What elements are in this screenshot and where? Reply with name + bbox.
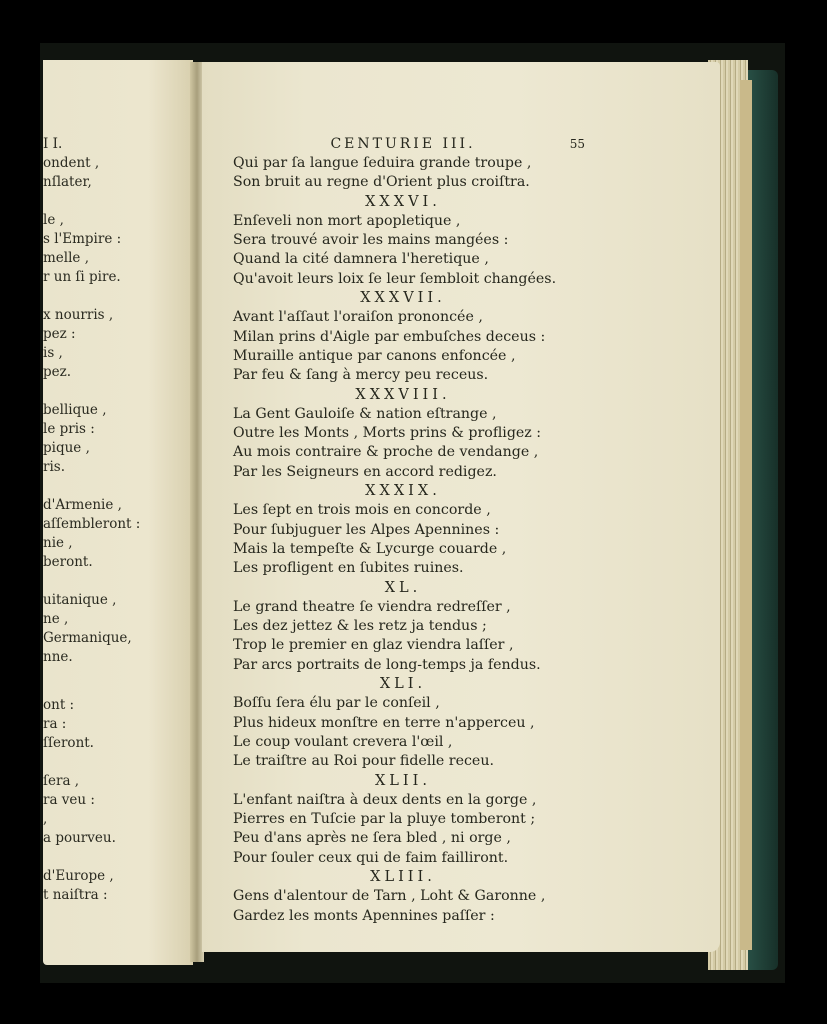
left-page-fragment: ne , [43, 610, 68, 629]
verse-line: Le grand theatre ſe viendra redreſſer , [233, 598, 573, 617]
right-page-content: CENTURIE III. 55 Qui par ſa langue ſedui… [233, 135, 573, 926]
running-head-title: CENTURIE III. [330, 136, 475, 152]
verse-line: Par arcs portraits de long-temps ja fend… [233, 656, 573, 675]
verse-line: Son bruit au regne d'Orient plus croiſtr… [233, 173, 573, 192]
left-page-fragment: t naiſtra : [43, 886, 108, 905]
quatrain-number: XXXVI. [233, 193, 573, 212]
verse-line: Le traiſtre au Roi pour fidelle receu. [233, 752, 573, 771]
left-page-fragment: ra : [43, 715, 66, 734]
endpaper-strip [740, 80, 752, 950]
verse-line: Qu'avoit leurs loix ſe leur ſembloit cha… [233, 270, 573, 289]
verse-line: Le coup voulant crevera l'œil , [233, 733, 573, 752]
verse-line: Pour ſubjuguer les Alpes Apennines : [233, 521, 573, 540]
quatrain: XLI.Boſſu ſera élu par le conſeil ,Plus … [233, 675, 573, 771]
left-page-fragment: , [43, 810, 47, 829]
quatrain-number: XLI. [233, 675, 573, 694]
verse-line: Quand la cité damnera l'heretique , [233, 250, 573, 269]
verse-line: Trop le premier en glaz viendra laſſer , [233, 636, 573, 655]
verse-line: Par les Seigneurs en accord redigez. [233, 463, 573, 482]
left-page-fragment: ondent , [43, 154, 99, 173]
quatrain-number: XXXIX. [233, 482, 573, 501]
quatrain-number: XLIII. [233, 868, 573, 887]
left-page-fragment: pez : [43, 325, 76, 344]
verse-line: Avant l'aſſaut l'oraiſon prononcée , [233, 308, 573, 327]
left-page-fragment: ſera , [43, 772, 79, 791]
left-page-fragment: beront. [43, 553, 93, 572]
verse-line: Les dez jettez & les retz ja tendus ; [233, 617, 573, 636]
left-page: I I.ondent ,nſlater,le ,s l'Empire :mell… [43, 60, 193, 965]
left-page-fragment: ont : [43, 696, 74, 715]
quatrain: XXXVII.Avant l'aſſaut l'oraiſon prononcé… [233, 289, 573, 385]
verse-line: Les ſept en trois mois en concorde , [233, 501, 573, 520]
left-page-fragment: x nourris , [43, 306, 113, 325]
left-page-fragment: I I. [43, 135, 62, 154]
quatrain-number: XXXVIII. [233, 386, 573, 405]
left-page-fragment: a pourveu. [43, 829, 116, 848]
verse-line: Plus hideux monſtre en terre n'apperceu … [233, 714, 573, 733]
verse-line: Outre les Monts , Morts prins & proflige… [233, 424, 573, 443]
verse-line: Peu d'ans après ne ſera bled , ni orge , [233, 829, 573, 848]
quatrain: XXXVIII.La Gent Gauloiſe & nation eſtran… [233, 386, 573, 482]
verse-line: Boſſu ſera élu par le conſeil , [233, 694, 573, 713]
left-page-fragment: le , [43, 211, 64, 230]
quatrain: XLII.L'enfant naiſtra à deux dents en la… [233, 772, 573, 868]
left-page-fragment: le pris : [43, 420, 95, 439]
verse-line: Par feu & ſang à mercy peu receus. [233, 366, 573, 385]
running-head: CENTURIE III. 55 [233, 135, 573, 154]
verse-line: Sera trouvé avoir les mains mangées : [233, 231, 573, 250]
left-page-fragment: is , [43, 344, 63, 363]
verse-line: Pierres en Tuſcie par la pluye tomberont… [233, 810, 573, 829]
left-page-fragment: d'Armenie , [43, 496, 122, 515]
page-number: 55 [570, 135, 585, 154]
verse-line: L'enfant naiſtra à deux dents en la gorg… [233, 791, 573, 810]
quatrain: XL.Le grand theatre ſe viendra redreſſer… [233, 579, 573, 675]
verse-line: Enſeveli non mort apopletique , [233, 212, 573, 231]
verse-line: Au mois contraire & proche de vendange , [233, 443, 573, 462]
quatrain-number: XLII. [233, 772, 573, 791]
left-page-fragment: ſſeront. [43, 734, 94, 753]
verse-line: Muraille antique par canons enfoncée , [233, 347, 573, 366]
left-page-fragment: pique , [43, 439, 90, 458]
verse-line: Mais la tempeſte & Lycurge couarde , [233, 540, 573, 559]
left-page-fragment: aſſembleront : [43, 515, 140, 534]
verse-line: Gens d'alentour de Tarn , Loht & Garonne… [233, 887, 573, 906]
left-page-fragment: ra veu : [43, 791, 95, 810]
quatrain: XXXVI.Enſeveli non mort apopletique ,Ser… [233, 193, 573, 289]
verse-line: Pour ſouler ceux qui de faim failliront. [233, 849, 573, 868]
left-page-fragment: s l'Empire : [43, 230, 121, 249]
left-page-fragment: Germanique, [43, 629, 132, 648]
left-page-fragment: r un ſi pire. [43, 268, 121, 287]
quatrain-number: XXXVII. [233, 289, 573, 308]
quatrain-number: XL. [233, 579, 573, 598]
verse-line: La Gent Gauloiſe & nation eſtrange , [233, 405, 573, 424]
left-page-fragment: d'Europe , [43, 867, 114, 886]
left-page-fragment: pez. [43, 363, 71, 382]
left-page-fragment: nne. [43, 648, 73, 667]
left-page-fragment: bellique , [43, 401, 107, 420]
quatrain-list: XXXVI.Enſeveli non mort apopletique ,Ser… [233, 193, 573, 926]
left-page-fragment: ris. [43, 458, 65, 477]
verse-line: Les profligent en ſubites ruines. [233, 559, 573, 578]
verse-line: Qui par ſa langue ſeduira grande troupe … [233, 154, 573, 173]
quatrain: XLIII.Gens d'alentour de Tarn , Loht & G… [233, 868, 573, 926]
left-page-fragment: uitanique , [43, 591, 116, 610]
left-page-fragment: melle , [43, 249, 89, 268]
left-page-fragment: nie , [43, 534, 73, 553]
verse-line: Gardez les monts Apennines paſſer : [233, 907, 573, 926]
quatrain: XXXIX.Les ſept en trois mois en concorde… [233, 482, 573, 578]
left-page-fragment: nſlater, [43, 173, 92, 192]
verse-line: Milan prins d'Aigle par embuſches deceus… [233, 328, 573, 347]
